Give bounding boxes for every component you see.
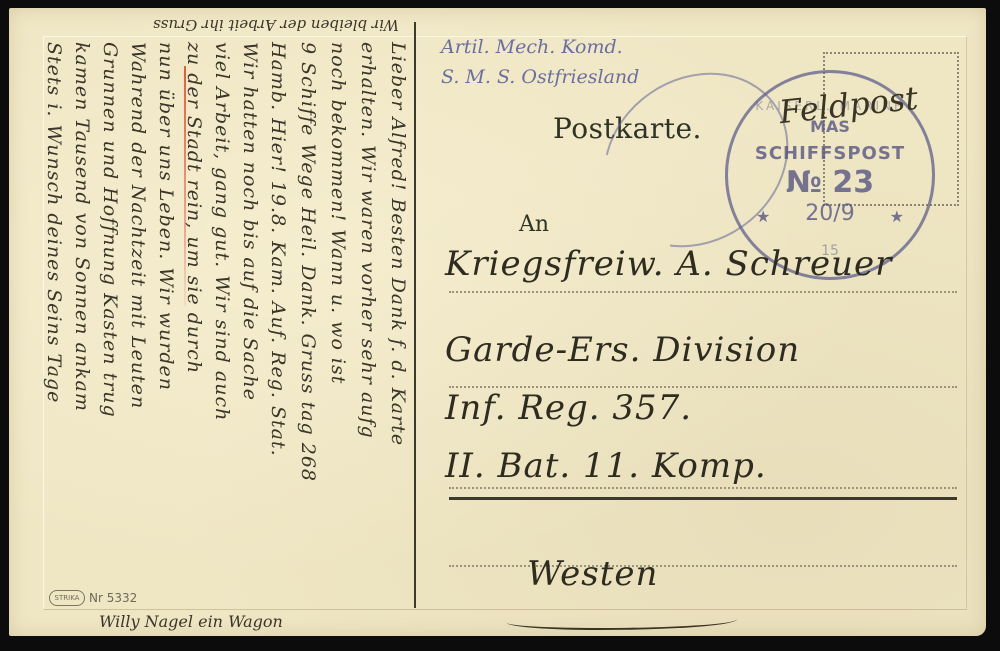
- center-divider: [414, 22, 416, 608]
- recipient-line: Westen: [527, 554, 658, 594]
- message-area: Wir bleiben der Arbeit ihr Gruss Lieber …: [9, 8, 415, 636]
- recipient-line: Garde-Ers. Division: [445, 330, 800, 370]
- printer-number: Nr 5332: [89, 591, 137, 605]
- recipient-line: Kriegsfreiw. A. Schreuer: [445, 244, 892, 284]
- message-line: Stets i. Wunsch deines Seins Tage: [43, 42, 65, 403]
- recipient-line: Inf. Reg. 357.: [445, 388, 692, 428]
- message-line: zu der Stadt rein, um sie durch: [183, 42, 205, 374]
- recipient-line: II. Bat. 11. Komp.: [445, 446, 767, 486]
- address-underline: [449, 497, 957, 500]
- message-line: Hamb. Hier! 19.8. Kam. Auf. Reg. Stat.: [267, 42, 289, 457]
- message-line: Wahrend der Nachtzeit mit Leuten: [127, 42, 149, 409]
- sender-block: Artil. Mech. Komd. S. M. S. Ostfriesland: [441, 32, 639, 92]
- printer-logo-icon: STRIKA: [49, 590, 85, 606]
- postmark-ship-post: SCHIFFSPOST: [728, 143, 932, 164]
- message-line: Grunnen und Hoffnung Kasten trug: [99, 42, 121, 418]
- message-line: viel Arbeit, gang gut. Wir sind auch: [211, 42, 233, 421]
- star-icon: ★: [890, 207, 904, 226]
- message-line: nun über uns Leben. Wir wurden: [155, 42, 177, 391]
- address-label: An: [519, 212, 549, 237]
- message-line: Wir hatten noch bis auf die Sache: [239, 42, 261, 401]
- address-dotted-line: [449, 565, 957, 567]
- postcard: Wir bleiben der Arbeit ihr Gruss Lieber …: [9, 8, 986, 636]
- postmark-number: № 23: [728, 165, 932, 200]
- message-line: erhalten. Wir waren vorher sehr aufg: [357, 42, 379, 439]
- message-line: kamen Tausend von Sonnen ankam: [71, 42, 93, 412]
- message-line: noch bekommen! Wann u. wo ist: [327, 42, 349, 384]
- address-dotted-line: [449, 487, 957, 489]
- message-line: Lieber Alfred! Besten Dank f. d. Karte: [387, 42, 409, 446]
- signature-flourish: [507, 612, 737, 630]
- sender-line: Artil. Mech. Komd.: [441, 32, 639, 62]
- message-bottom-line: Willy Nagel ein Wagon: [99, 612, 283, 631]
- message-top-line: Wir bleiben der Arbeit ihr Gruss: [153, 16, 399, 34]
- address-dotted-line: [449, 291, 957, 293]
- message-line: 9 Schiffe Wege Heil. Dank. Gruss tag 268: [297, 42, 319, 482]
- sender-line: S. M. S. Ostfriesland: [441, 62, 639, 92]
- printer-mark: STRIKA Nr 5332: [49, 590, 137, 606]
